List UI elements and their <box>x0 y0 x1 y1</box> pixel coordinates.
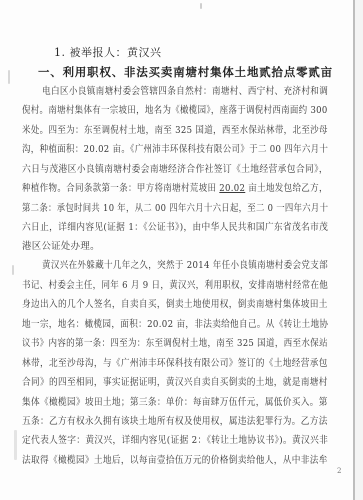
scan-mark <box>200 3 202 9</box>
document-page: 1. 被举报人：黄汉兴 一、利用职权、非法买卖南塘村集体土地贰拾点零贰亩 电白区… <box>0 0 363 500</box>
section-heading: 一、利用职权、非法买卖南塘村集体土地贰拾点零贰亩 <box>38 65 333 80</box>
paragraph-line-with-underline: 种植作物。合同条款第一条：甲方将南塘村荒坡田 20.02 亩土地发包给乙方， <box>22 183 300 195</box>
paragraph-line: 第二条：承包时间共 10 年，从二 00 四年六月十六日起，至二 0 一四年六月… <box>22 203 295 215</box>
paragraph-line: 电白区小良镇南塘村委会管辖四条自然村：南塘村、西宁村、充济村和调 <box>42 86 305 98</box>
paragraph-line: 倪村。南塘村集体有一宗坡田，地名为《橄榄园》，座落于调倪村西南面约 300 <box>22 105 298 117</box>
paragraph-line: 身边出入的几个人签名，自卖自买，倒卖土地使用权，倒卖南塘村集体坡田土 <box>22 299 305 311</box>
paragraph-line: 地一宗，地名：橄榄园，面积：20.02 亩，非法卖给他自己。从《转让土地协 <box>22 319 303 331</box>
paragraph-line: 集体《橄榄园》坡田土地；第三条：单价：每亩肆万伍仟元，属低价买入。第 <box>22 397 305 409</box>
paragraph-line: 定代表人签字：黄汉兴，详细内容见(证据 2：《转让土地协议书》)。黄汉兴非 <box>22 435 307 447</box>
paragraph-line: 法取得《橄榄园》土地后，以每亩壹拾伍万元的价格倒卖给他人，从中非法牟 <box>22 455 305 467</box>
page-number: 2 <box>337 467 341 475</box>
page-edge-line <box>353 0 355 500</box>
paragraph-line: 合同》的四至相同，事实证据证明，黄汉兴自卖自买倒卖的土地，就是南塘村 <box>22 377 305 389</box>
underlined-area-value: 20.02 <box>219 183 245 194</box>
paragraph-line: 六日止，详细内容见(证据 1：《公证书》)，由中华人民共和国广东省茂名市茂 <box>22 222 307 234</box>
paragraph-line: 沟，种植面积：20.02 亩。《广州沛丰环保科技有限公司》于二 00 四年六月十 <box>22 144 299 156</box>
paragraph-line: 米处。四至为：东至调倪村土地，南至 325 国道，西至水保站林带，北至沙母 <box>22 125 300 137</box>
paragraph-line: 书记、村委会主任，同年 6 月 9 日，黄汉兴，利用职权，安排南塘村经常在他 <box>22 280 300 292</box>
line-text: 种植作物。合同条款第一条：甲方将南塘村荒坡田 <box>22 183 219 194</box>
paragraph-line: 五条：乙方有权永久拥有该块土地所有权及使用权，属违法犯罪行为。乙方法 <box>22 416 305 428</box>
paragraph-line: 港区公证处办理。 <box>22 241 328 253</box>
page-edge-shadow <box>355 0 363 500</box>
scan-mark <box>12 265 14 275</box>
reported-person-heading: 1. 被举报人：黄汉兴 <box>54 46 162 60</box>
paragraph-line: 林带，北至沙母沟，与《广州沛丰环保科技有限公司》签订的《土地经营承包 <box>22 358 305 370</box>
line-text: 亩土地发包给乙方， <box>245 183 328 194</box>
paragraph-line: 六日与茂港区小良镇南塘村委会南塘经济合作社签订《土地经营承包合同》， <box>22 164 309 176</box>
paragraph-line: 黄汉兴在外躲藏十几年之久，突然于 2014 年任小良镇南塘村委会党支部 <box>42 260 302 272</box>
scan-mark <box>8 70 10 84</box>
paragraph-line: 议书》内容的第一条：四至为：东至调倪村土地，南至 325 国道，西至水保站 <box>22 338 300 350</box>
scan-mark <box>14 430 17 460</box>
